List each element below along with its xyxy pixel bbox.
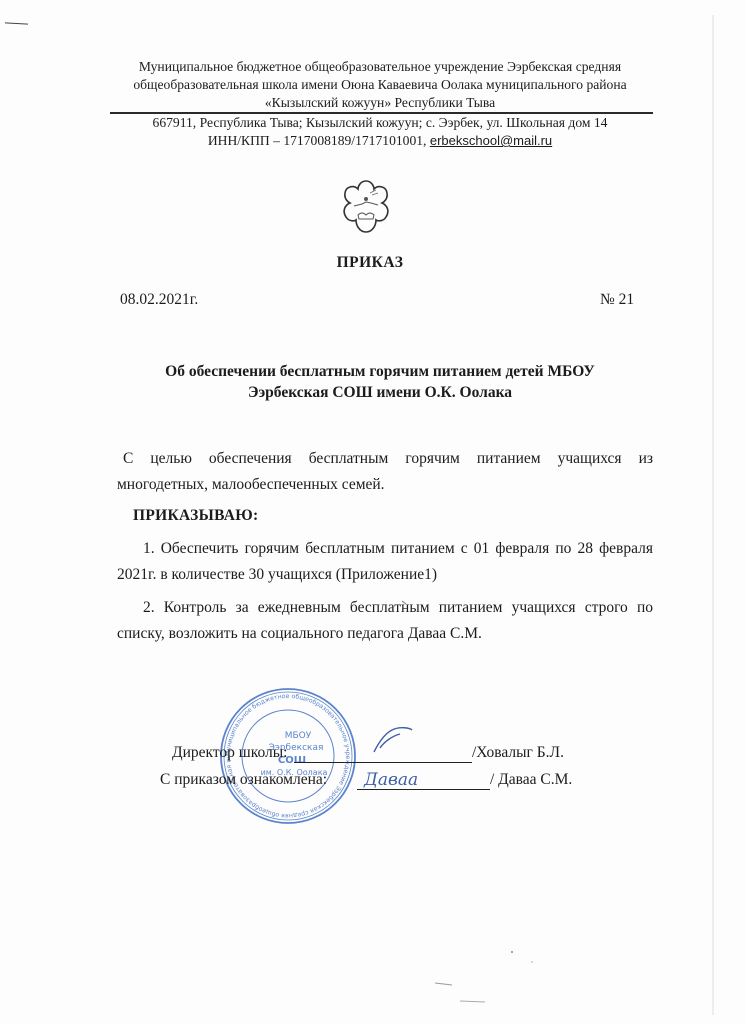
order-item-2: 2. Контроль за ежедневным бесплатным пит… — [117, 595, 653, 647]
document-date: 08.02.2021г. — [120, 291, 198, 309]
scan-edge — [712, 15, 714, 1015]
signature-label: Директор школы: — [172, 744, 287, 762]
org-name-line-2: общеобразовательная школа имени Оюна Кав… — [100, 76, 660, 94]
signatory-name: /Ховалыг Б.Л. — [472, 744, 564, 762]
address: 667911, Республика Тыва; Кызылский кожуу… — [100, 114, 660, 132]
subject-line-2: Ээрбекская СОШ имени О.К. Оолака — [100, 382, 660, 403]
signature-label: С приказом ознакомлена: — [160, 771, 327, 789]
org-name-line-3: «Кызылский кожуун» Республики Тыва — [100, 94, 660, 112]
inn-kpp: ИНН/КПП – 1717008189/1717101001, — [208, 133, 430, 148]
signatory-name: / Даваа С.М. — [490, 771, 572, 789]
handwritten-signature: Даваа — [364, 770, 418, 790]
scan-noise — [0, 0, 745, 1024]
inn-kpp-line: ИНН/КПП – 1717008189/1717101001, erbeksc… — [100, 132, 660, 150]
order-heading: ПРИКАЗЫВАЮ: — [133, 507, 259, 525]
document-number: № 21 — [600, 291, 634, 309]
org-name-line-1: Муниципальное бюджетное общеобразователь… — [100, 58, 660, 76]
signature-line — [294, 762, 472, 763]
director-signature-row: Директор школы: /Ховалыг Б.Л. — [172, 744, 592, 766]
document-title: ПРИКАЗ — [300, 254, 440, 272]
email-link[interactable]: erbekschool@mail.ru — [430, 133, 552, 148]
letterhead: Муниципальное бюджетное общеобразователь… — [100, 58, 660, 112]
subject-line-1: Об обеспечении бесплатным горячим питани… — [100, 361, 660, 382]
letterhead-contacts: 667911, Республика Тыва; Кызылский кожуу… — [100, 114, 660, 150]
tuva-emblem-icon — [336, 177, 396, 237]
preamble-paragraph: С целью обеспечения бесплатным горячим п… — [117, 446, 653, 498]
stamp-line-1: МБОУ — [285, 731, 312, 741]
scanned-document-page: Муниципальное бюджетное общеобразователь… — [0, 0, 745, 1024]
scan-mark — [5, 22, 28, 24]
document-subject: Об обеспечении бесплатным горячим питани… — [100, 361, 660, 403]
order-item-1: 1. Обеспечить горячим бесплатным питание… — [117, 536, 653, 588]
